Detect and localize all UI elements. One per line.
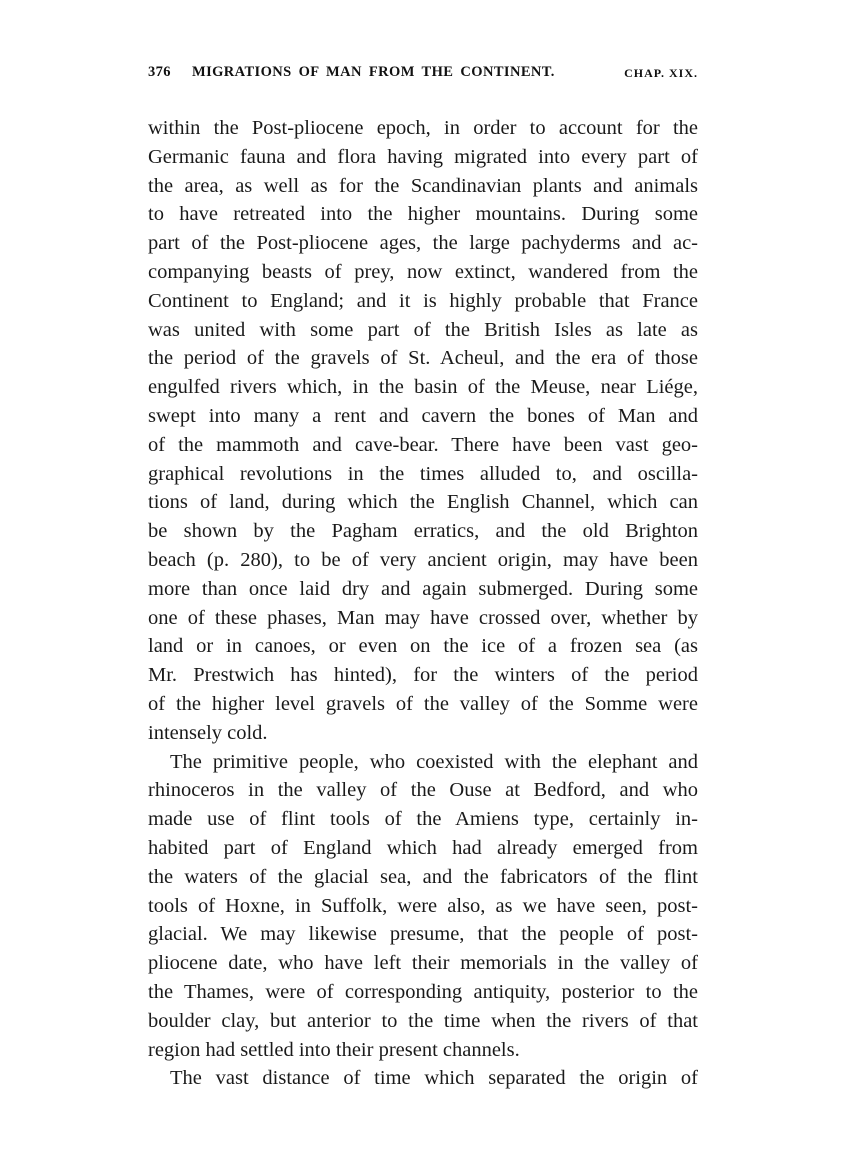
page-number: 376 (148, 64, 171, 81)
text-line: the area, as well as for the Scandinavia… (148, 172, 698, 201)
text-line: the waters of the glacial sea, and the f… (148, 863, 698, 892)
text-line: tools of Hoxne, in Suffolk, were also, a… (148, 892, 698, 921)
text-line: was united with some part of the British… (148, 316, 698, 345)
text-line: Germanic fauna and flora having migrated… (148, 143, 698, 172)
text-line: part of the Post-pliocene ages, the larg… (148, 229, 698, 258)
text-line: to have retreated into the higher mounta… (148, 200, 698, 229)
text-line: within the Post-pliocene epoch, in order… (148, 114, 698, 143)
text-line: glacial. We may likewise presume, that t… (148, 920, 698, 949)
text-line: swept into many a rent and cavern the bo… (148, 402, 698, 431)
text-line: The vast distance of time which separate… (148, 1064, 698, 1093)
text-line: habited part of England which had alread… (148, 834, 698, 863)
text-line: boulder clay, but anterior to the time w… (148, 1007, 698, 1036)
text-line: region had settled into their present ch… (148, 1036, 698, 1065)
text-line: land or in canoes, or even on the ice of… (148, 632, 698, 661)
body-text: within the Post-pliocene epoch, in order… (148, 114, 698, 1093)
text-line: one of these phases, Man may have crosse… (148, 604, 698, 633)
paragraph-2: The primitive people, who coexisted with… (148, 748, 698, 1065)
text-line: tions of land, during which the English … (148, 488, 698, 517)
text-line: Mr. Prestwich has hinted), for the winte… (148, 661, 698, 690)
text-line: the period of the gravels of St. Acheul,… (148, 344, 698, 373)
text-line: of the mammoth and cave-bear. There have… (148, 431, 698, 460)
text-line: pliocene date, who have left their memor… (148, 949, 698, 978)
text-line: beach (p. 280), to be of very ancient or… (148, 546, 698, 575)
text-line: graphical revolutions in the times allud… (148, 460, 698, 489)
text-line: be shown by the Pagham erratics, and the… (148, 517, 698, 546)
text-line: the Thames, were of corresponding antiqu… (148, 978, 698, 1007)
text-line: of the higher level gravels of the valle… (148, 690, 698, 719)
running-title: MIGRATIONS OF MAN FROM THE CONTINENT. (192, 64, 555, 81)
book-page: 376 MIGRATIONS OF MAN FROM THE CONTINENT… (148, 60, 698, 1093)
text-line: engulfed rivers which, in the basin of t… (148, 373, 698, 402)
text-line: rhinoceros in the valley of the Ouse at … (148, 776, 698, 805)
text-line: Continent to England; and it is highly p… (148, 287, 698, 316)
text-line: intensely cold. (148, 719, 698, 748)
text-line: more than once laid dry and again submer… (148, 575, 698, 604)
text-line: The primitive people, who coexisted with… (148, 748, 698, 777)
paragraph-3: The vast distance of time which separate… (148, 1064, 698, 1093)
running-head: 376 MIGRATIONS OF MAN FROM THE CONTINENT… (148, 60, 698, 84)
text-line: companying beasts of prey, now extinct, … (148, 258, 698, 287)
chapter-label: CHAP. XIX. (624, 66, 698, 81)
text-line: made use of flint tools of the Amiens ty… (148, 805, 698, 834)
paragraph-1: within the Post-pliocene epoch, in order… (148, 114, 698, 748)
